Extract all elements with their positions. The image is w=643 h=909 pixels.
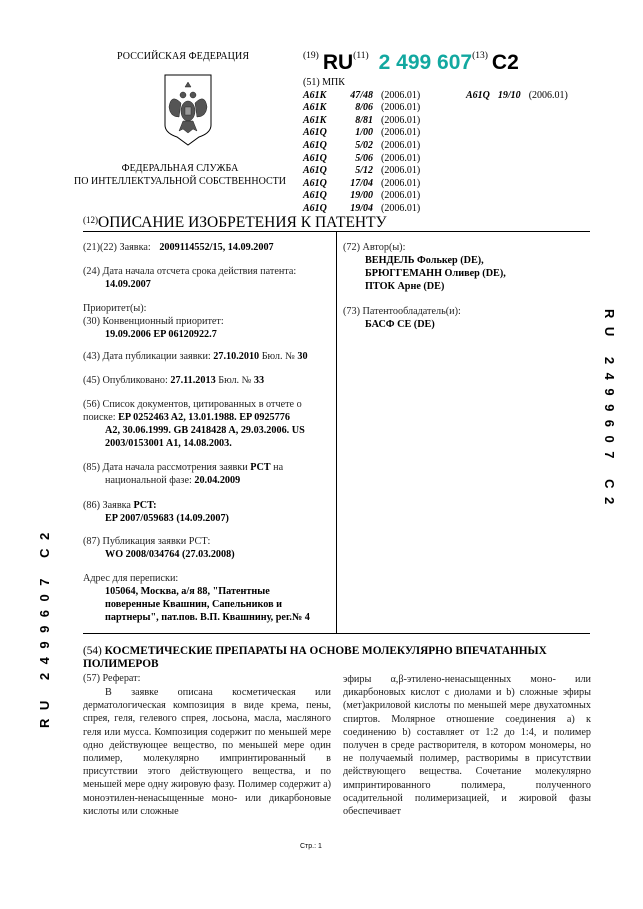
ipc-version: (2006.01)	[381, 165, 420, 178]
ipc-row: A61Q5/06(2006.01)	[303, 153, 420, 166]
publication-number: (19)RU(11)2 499 607(13)C2	[303, 51, 519, 75]
field-app-publication: (43) Дата публикации заявки: 27.10.2010 …	[83, 350, 335, 363]
ipc-class: A61K	[303, 90, 343, 103]
inid-code-13: (13)	[472, 51, 488, 61]
ipc-row: A61K8/81(2006.01)	[303, 115, 420, 128]
field-pct-national: (85) Дата начала рассмотрения заявки PCT…	[83, 461, 335, 487]
field-citations: (56) Список документов, цитированных в о…	[83, 398, 335, 450]
ipc-version: (2006.01)	[529, 90, 568, 101]
invention-title: (54) КОСМЕТИЧЕСКИЕ ПРЕПАРАТЫ НА ОСНОВЕ М…	[83, 645, 593, 671]
ipc-version: (2006.01)	[381, 178, 420, 191]
ipc-group: 8/06	[343, 102, 373, 115]
ipc-group: 17/04	[343, 178, 373, 191]
ipc-version: (2006.01)	[381, 90, 420, 103]
ipc-class: A61Q	[303, 178, 343, 191]
ipc-label: (51) МПК	[303, 77, 420, 90]
field-term-start: (24) Дата начала отсчета срока действия …	[83, 265, 335, 291]
ipc-version: (2006.01)	[381, 102, 420, 115]
page-number: Стр.: 1	[300, 843, 322, 850]
ipc-version: (2006.01)	[381, 127, 420, 140]
ipc-group: 8/81	[343, 115, 373, 128]
inid-code-11: (11)	[353, 51, 368, 61]
field-pct-application: (86) Заявка PCT: EP 2007/059683 (14.09.2…	[83, 499, 335, 525]
abstract-label: (57) Реферат:	[83, 673, 140, 684]
ipc-row: A61K8/06(2006.01)	[303, 102, 420, 115]
ipc-group: 47/48	[343, 90, 373, 103]
field-authors: (72) Автор(ы): ВЕНДЕЛЬ Фолькер (DE), БРЮ…	[343, 241, 588, 293]
ipc-class: A61Q	[466, 90, 490, 101]
ipc-classification: (51) МПК A61K47/48(2006.01)A61K8/06(2006…	[303, 77, 420, 216]
ipc-class: A61K	[303, 115, 343, 128]
ipc-row: A61Q5/12(2006.01)	[303, 165, 420, 178]
field-priority: Приоритет(ы): (30) Конвенционный приорит…	[83, 302, 335, 341]
country-name: РОССИЙСКАЯ ФЕДЕРАЦИЯ	[117, 51, 249, 62]
country-code: RU	[323, 51, 353, 74]
ipc-version: (2006.01)	[381, 115, 420, 128]
ipc-row: A61Q1/00(2006.01)	[303, 127, 420, 140]
ipc-class: A61Q	[303, 140, 343, 153]
field-address: Адрес для переписки: 105064, Москва, а/я…	[83, 572, 335, 624]
ipc-row: A61Q5/02(2006.01)	[303, 140, 420, 153]
side-code-right: RU 2499607 C2	[602, 309, 617, 513]
field-owner: (73) Патентообладатель(и): БАСФ СЕ (DE)	[343, 305, 588, 331]
divider-bottom	[83, 633, 590, 634]
ipc-version: (2006.01)	[381, 140, 420, 153]
ipc-class: A61Q	[303, 153, 343, 166]
divider-vertical	[336, 231, 337, 633]
field-application: (21)(22) Заявка: 2009114552/15, 14.09.20…	[83, 241, 335, 254]
ipc-row: A61Q17/04(2006.01)	[303, 178, 420, 191]
ipc-group: 5/02	[343, 140, 373, 153]
ipc-version: (2006.01)	[381, 190, 420, 203]
ipc-row: A61K47/48(2006.01)	[303, 90, 420, 103]
ipc-group: 5/06	[343, 153, 373, 166]
inid-code-19: (19)	[303, 51, 319, 61]
ipc-version: (2006.01)	[381, 153, 420, 166]
ipc-classification-right: A61Q19/10(2006.01)	[466, 90, 568, 101]
patent-number: 2 499 607	[379, 51, 472, 74]
agency-name: ФЕДЕРАЛЬНАЯ СЛУЖБА ПО ИНТЕЛЛЕКТУАЛЬНОЙ С…	[60, 162, 300, 188]
ipc-group: 19/10	[498, 90, 521, 101]
abstract-text-left: В заявке описана косметическая или дерма…	[83, 686, 331, 818]
ipc-class: A61Q	[303, 190, 343, 203]
kind-code: C2	[492, 51, 519, 74]
ipc-class: A61Q	[303, 165, 343, 178]
ipc-class: A61Q	[303, 127, 343, 140]
field-pct-publication: (87) Публикация заявки РСТ: WO 2008/0347…	[83, 535, 335, 561]
abstract-text-right: эфиры α,β-этилено-ненасыщенных моно- или…	[343, 673, 591, 818]
ipc-row: A61Q19/10(2006.01)	[466, 90, 568, 101]
ipc-row: A61Q19/00(2006.01)	[303, 190, 420, 203]
ipc-group: 5/12	[343, 165, 373, 178]
side-code-left: RU 2499607 C2	[37, 524, 52, 728]
ipc-class: A61K	[303, 102, 343, 115]
ipc-group: 19/00	[343, 190, 373, 203]
document-title: (12)ОПИСАНИЕ ИЗОБРЕТЕНИЯ К ПАТЕНТУ	[83, 214, 387, 232]
russian-coat-of-arms-icon	[143, 73, 233, 149]
ipc-group: 1/00	[343, 127, 373, 140]
field-published: (45) Опубликовано: 27.11.2013 Бюл. № 33	[83, 374, 335, 387]
